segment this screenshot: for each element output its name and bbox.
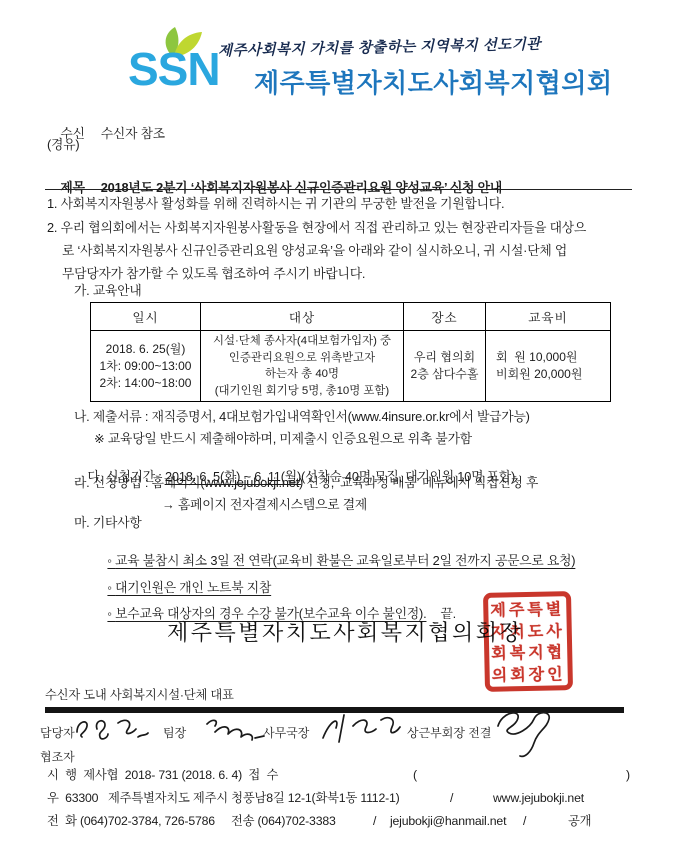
cell-datetime: 2018. 6. 25(월) 1차: 09:00~13:00 2차: 14:00…	[91, 331, 201, 402]
education-info-table: 일시 대상 장소 교육비 2018. 6. 25(월) 1차: 09:00~13…	[90, 302, 611, 402]
col-header-place: 장소	[404, 303, 486, 331]
col-header-target: 대상	[201, 303, 404, 331]
dispatch-line: 시 행 제사협 2018- 731 (2018. 6. 4) 접 수	[47, 768, 278, 783]
official-document: SSN 제주사회복지 가치를 창출하는 지역복지 선도기관 제주특별자치도사회복…	[0, 0, 677, 868]
signature-vice-chairman	[492, 706, 558, 764]
cooperator-label: 협조자	[40, 748, 75, 765]
col-header-fee: 교육비	[486, 303, 611, 331]
phone-line: 전 화 (064)702-3784, 726-5786 전송 (064)702-…	[47, 814, 336, 829]
bullet-icon: ◦	[107, 606, 115, 621]
slash-separator: /	[373, 814, 376, 829]
item-ra-continuation: → 홈페이지 전자결제시스템으로 결제	[162, 497, 367, 513]
logo-acronym: SSN	[128, 46, 220, 92]
subject-divider	[45, 189, 632, 190]
role-label-secretary-general: 사무국장	[263, 724, 309, 741]
paragraph-2-line3: 무담당자가 참가할 수 있도록 협조하여 주시기 바랍니다.	[62, 266, 365, 282]
org-name: 제주특별자치도사회복지협의회	[254, 63, 613, 100]
signature-team-leader	[203, 716, 267, 746]
table-header-row: 일시 대상 장소 교육비	[91, 303, 611, 331]
address-line: 우 63300 제주특별자치도 제주시 청풍남8길 12-1(화북1동 1112…	[47, 791, 400, 806]
logo-slogan: 제주사회복지 가치를 창출하는 지역복지 선도기관	[218, 33, 541, 61]
section-ga-heading: 가. 교육안내	[74, 283, 142, 299]
role-label-vice-chairman: 상근부회장 전결	[407, 724, 491, 741]
cell-target: 시설·단체 종사자(4대보험가입자) 중 인증관리요원으로 위촉받고자 하는자 …	[201, 331, 404, 402]
final-recipient-line: 수신자 도내 사회복지시설·단체 대표	[45, 688, 234, 703]
email-address: jejubokji@hanmail.net	[390, 814, 506, 829]
slash-separator: /	[523, 814, 526, 829]
table-data-row: 2018. 6. 25(월) 1차: 09:00~13:00 2차: 14:00…	[91, 331, 611, 402]
item-ra: 라. 신청방법 : 홈페이지(www.jejubokji.net) 신청, ‘교…	[74, 475, 538, 491]
col-header-datetime: 일시	[91, 303, 201, 331]
website-url: www.jejubokji.net	[493, 791, 584, 806]
via-line: (경유)	[47, 137, 79, 153]
cell-fee: 회 원 10,000원 비회원 20,000원	[486, 331, 611, 402]
disclosure-label: 공개	[568, 814, 591, 829]
role-label-team-leader: 팀장	[163, 724, 186, 741]
item-ma: 마. 기타사항	[74, 515, 142, 531]
signature-secretary-general	[315, 712, 401, 750]
signature-staff	[72, 714, 150, 748]
cell-place: 우리 협의회 2층 삼다수홀	[404, 331, 486, 402]
subject-value: 2018년도 2분기 ‘사회복지자원봉사 신규인증관리요원 양성교육’ 신청 안…	[101, 180, 502, 195]
receipt-paren-open: (	[413, 768, 417, 783]
slash-separator: /	[450, 791, 453, 806]
role-label-staff: 담당자	[40, 724, 75, 741]
item-na: 나. 제출서류 : 재직증명서, 4대보험가입내역확인서(www.4insure…	[74, 409, 530, 425]
paragraph-2-line2: 로 ‘사회복지자원봉사 신규인증관리요원 양성교육’을 아래와 같이 실시하오니…	[62, 243, 567, 259]
recipient-value: 수신자 참조	[101, 126, 165, 141]
receipt-paren-close: )	[626, 768, 630, 783]
paragraph-2-line1: 2. 우리 협의회에서는 사회복지자원봉사활동을 현장에서 직접 관리하고 있는…	[47, 220, 586, 236]
subject-label: 제목	[60, 180, 84, 195]
item-na-note: ※ 교육당일 반드시 제출해야하며, 미제출시 인증요원으로 위촉 불가함	[94, 431, 472, 447]
paragraph-1: 1. 사회복지자원봉사 활성화를 위해 진력하시는 귀 기관의 무궁한 발전을 …	[47, 196, 504, 212]
official-seal-stamp: 제주특별 자치도사 회복지협 의회장인	[483, 591, 573, 692]
issuer-title: 제주특별자치도사회복지협의회장	[167, 616, 523, 647]
